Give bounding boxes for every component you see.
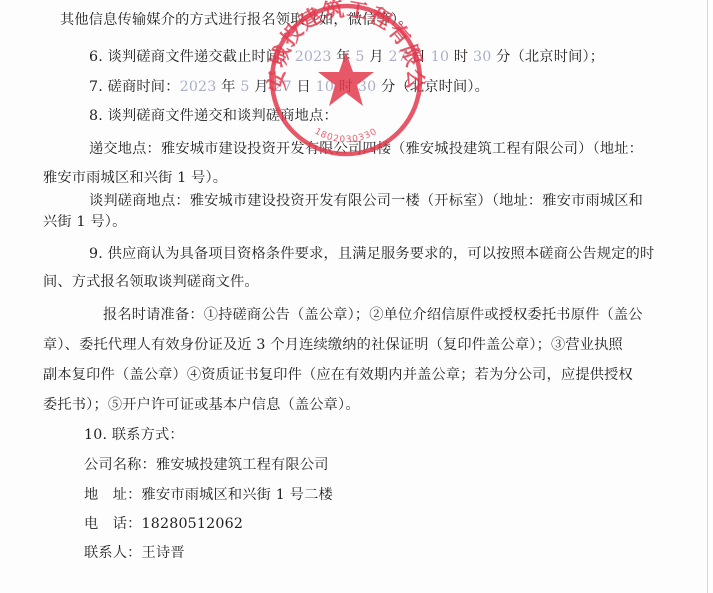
negotiation-time: 7. 磋商时间：2023 年 5 月 27 日 10 时 30 分（北京时间）。	[89, 77, 489, 97]
deadline-day-unit: 日	[407, 49, 431, 65]
section-9-text: 9. 供应商认为具备项目资格条件要求，且满足服务要求的，可以按照本磋商公告规定的…	[89, 244, 654, 264]
document-page: 其他信息传输媒介的方式进行报名领取（如，微信等）。 6. 谈判磋商文件递交截止时…	[0, 0, 713, 593]
submission-location-cont: 雅安市雨城区和兴街 1 号）。	[43, 168, 227, 188]
deadline-month-unit: 月	[365, 49, 389, 65]
text-line-media: 其他信息传输媒介的方式进行报名领取（如，微信等）。	[60, 10, 413, 30]
registration-materials-3: 副本复印件（盖公章）④资质证书复印件（应在有效期内并盖公章；若为分公司，应提供授…	[43, 365, 633, 385]
negotiation-day: 27	[273, 79, 291, 95]
deadline-suffix: 分（北京时间）；	[491, 49, 604, 65]
section-9-text-cont: 间、方式报名领取谈判磋商文件。	[43, 272, 259, 292]
negotiation-day-unit: 日	[292, 79, 316, 95]
contact-company: 公司名称：雅安城投建筑工程有限公司	[84, 455, 329, 475]
section-10-heading: 10. 联系方式：	[84, 425, 184, 445]
deadline-hour-unit: 时	[449, 49, 473, 65]
submission-deadline: 6. 谈判磋商文件递交截止时间：2023 年 5 月 27 日 10 时 30 …	[89, 47, 604, 67]
contact-phone: 电 话：18280512062	[84, 514, 243, 534]
negotiation-hour-unit: 时	[334, 79, 358, 95]
deadline-label: 6. 谈判磋商文件递交截止时间：	[89, 49, 295, 65]
registration-materials: 报名时请准备：①持磋商公告（盖公章）；②单位介绍信原件或授权委托书原件（盖公	[103, 305, 643, 325]
deadline-day: 27	[388, 49, 406, 65]
submission-location: 递交地点：雅安城市建设投资开发有限公司四楼（雅安城投建筑工程有限公司）（地址：	[89, 139, 643, 159]
negotiation-suffix: 分（北京时间）。	[376, 79, 489, 95]
deadline-minute: 30	[473, 49, 491, 65]
negotiation-month-unit: 月	[250, 79, 274, 95]
negotiation-label: 7. 磋商时间：	[89, 79, 180, 95]
deadline-hour: 10	[431, 49, 449, 65]
negotiation-location: 谈判磋商地点：雅安城市建设投资开发有限公司一楼（开标室）（地址：雅安市雨城区和	[89, 191, 643, 211]
negotiation-minute: 30	[358, 79, 376, 95]
page-edge	[707, 0, 708, 593]
registration-materials-2: 章）、委托代理人有效身份证及近 3 个月连续缴纳的社保证明（复印件盖公章）；③营…	[43, 335, 623, 355]
contact-person: 联系人：王诗晋	[84, 543, 185, 563]
negotiation-location-cont: 兴街 1 号）。	[43, 212, 126, 232]
registration-materials-4: 委托书）；⑤开户许可证或基本户信息（盖公章）。	[43, 395, 360, 415]
contact-address: 地 址：雅安市雨城区和兴街 1 号二楼	[84, 485, 333, 505]
negotiation-hour: 10	[316, 79, 334, 95]
negotiation-month: 5	[240, 79, 249, 95]
deadline-year: 2023	[295, 49, 332, 65]
deadline-year-unit: 年	[332, 49, 356, 65]
negotiation-year-unit: 年	[217, 79, 241, 95]
deadline-month: 5	[355, 49, 364, 65]
negotiation-year: 2023	[180, 79, 217, 95]
section-8-heading: 8. 谈判磋商文件递交和谈判磋商地点：	[89, 106, 338, 126]
